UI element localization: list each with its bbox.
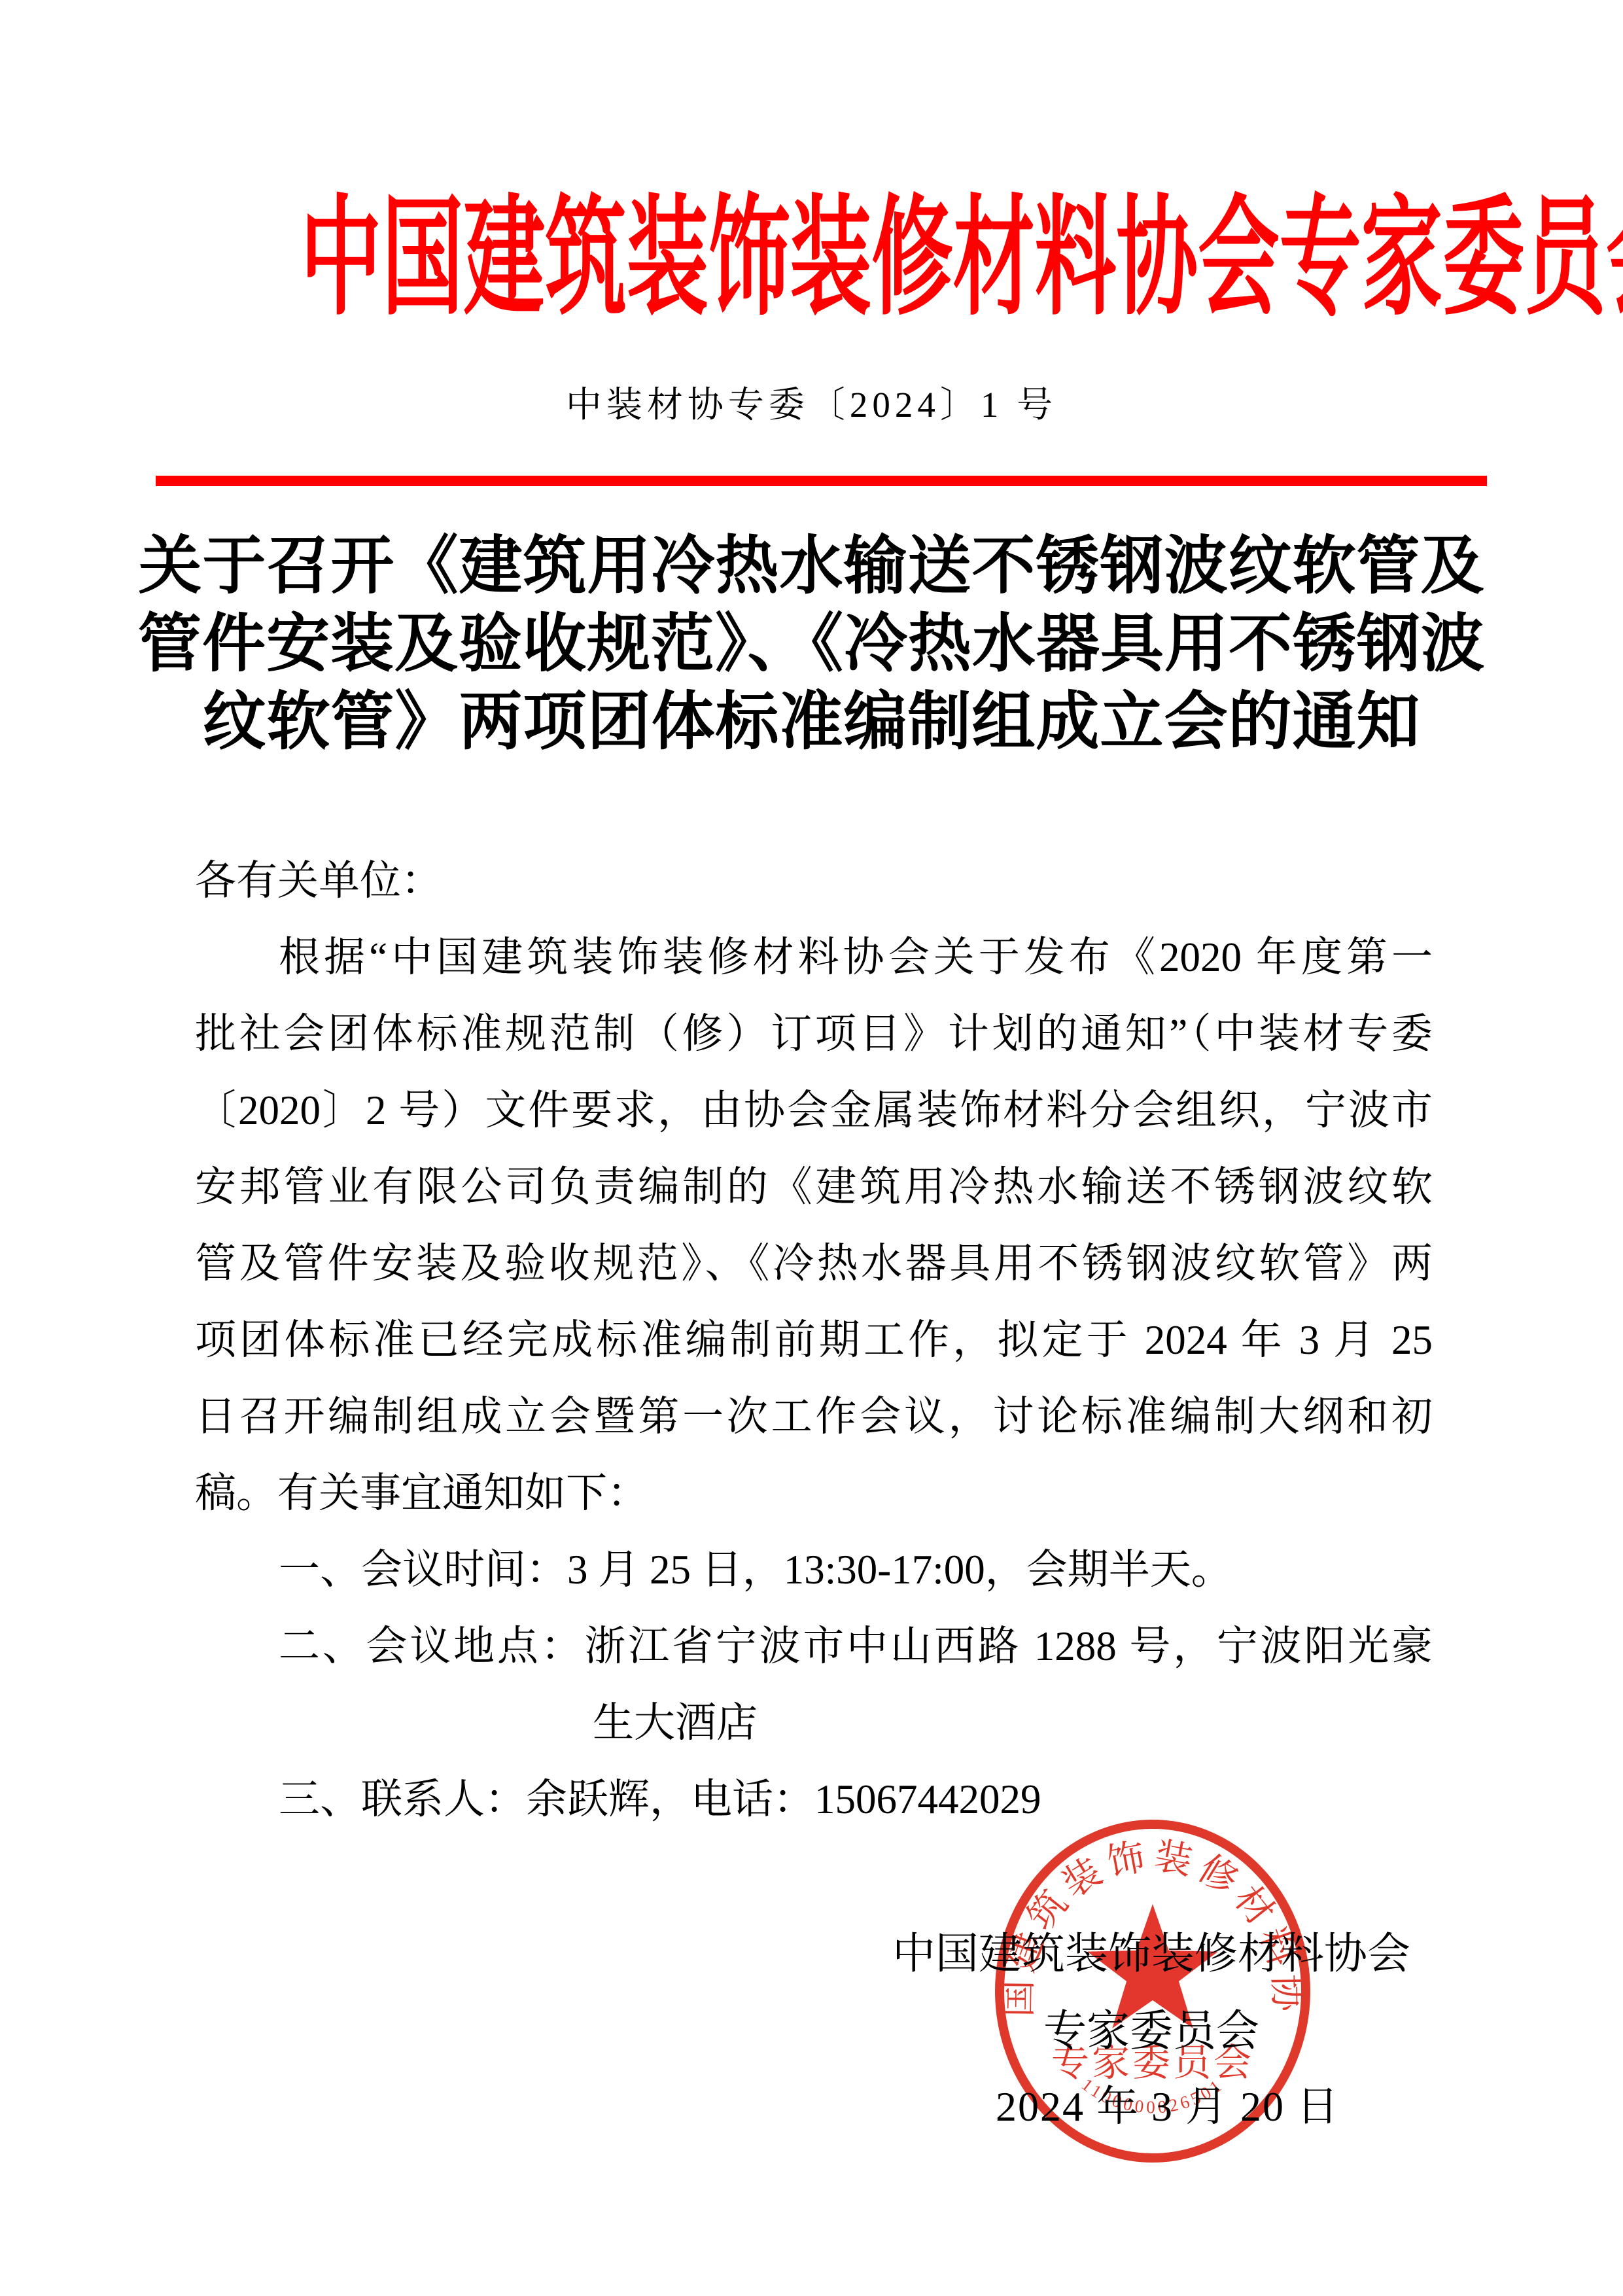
official-seal: 中国建筑装饰装修材料协会 专家委员会 1100000026501: [989, 1819, 1316, 2169]
document-title: 关于召开《建筑用冷热水输送不锈钢波纹软管及 管件安装及验收规范》、《冷热水器具用…: [0, 527, 1623, 761]
body-line: 项团体标准已经完成标准编制前期工作，拟定于 2024 年 3 月 25: [195, 1302, 1433, 1379]
document-title-line: 管件安装及验收规范》、《冷热水器具用不锈钢波: [0, 605, 1623, 683]
document-title-line: 纹软管》两项团体标准编制组成立会的通知: [0, 683, 1623, 761]
seal-center-text: 专家委员会: [1051, 2041, 1254, 2084]
document-title-line: 关于召开《建筑用冷热水输送不锈钢波纹软管及: [0, 527, 1623, 605]
letterhead-org-title: 中国建筑装饰装修材料协会专家委员会: [300, 188, 1323, 329]
red-rule-divider: [156, 476, 1487, 486]
body-line: 日召开编制组成立会暨第一次工作会议，讨论标准编制大纲和初: [195, 1379, 1433, 1455]
body-line: 批社会团体标准规范制（修）订项目》计划的通知”（中装材专委: [195, 996, 1433, 1072]
doc-number: 中装材协专委〔2024〕1 号: [0, 383, 1623, 427]
body-line: 二、会议地点：浙江省宁波市中山西路 1288 号，宁波阳光豪: [195, 1608, 1433, 1685]
body-line: 一、会议时间：3 月 25 日，13:30-17:00，会期半天。: [195, 1532, 1433, 1608]
body-line: 〔2020〕2 号）文件要求，由协会金属装饰材料分会组织，宁波市: [195, 1072, 1433, 1149]
body-text: 各有关单位：根据“中国建筑装饰装修材料协会关于发布《2020 年度第一批社会团体…: [195, 843, 1433, 1838]
body-line: 安邦管业有限公司负责编制的《建筑用冷热水输送不锈钢波纹软: [195, 1149, 1433, 1226]
body-line: 稿。有关事宜通知如下：: [195, 1455, 1433, 1532]
body-line: 生大酒店: [195, 1685, 1433, 1761]
body-line: 根据“中国建筑装饰装修材料协会关于发布《2020 年度第一: [195, 919, 1433, 996]
document-page: { "page": { "width": 2481, "height": 350…: [0, 0, 1623, 2296]
body-line: 管及管件安装及验收规范》、《冷热水器具用不锈钢波纹软管》两: [195, 1226, 1433, 1302]
seal-star-icon: [1087, 1904, 1218, 2028]
body-line: 各有关单位：: [195, 843, 1433, 919]
